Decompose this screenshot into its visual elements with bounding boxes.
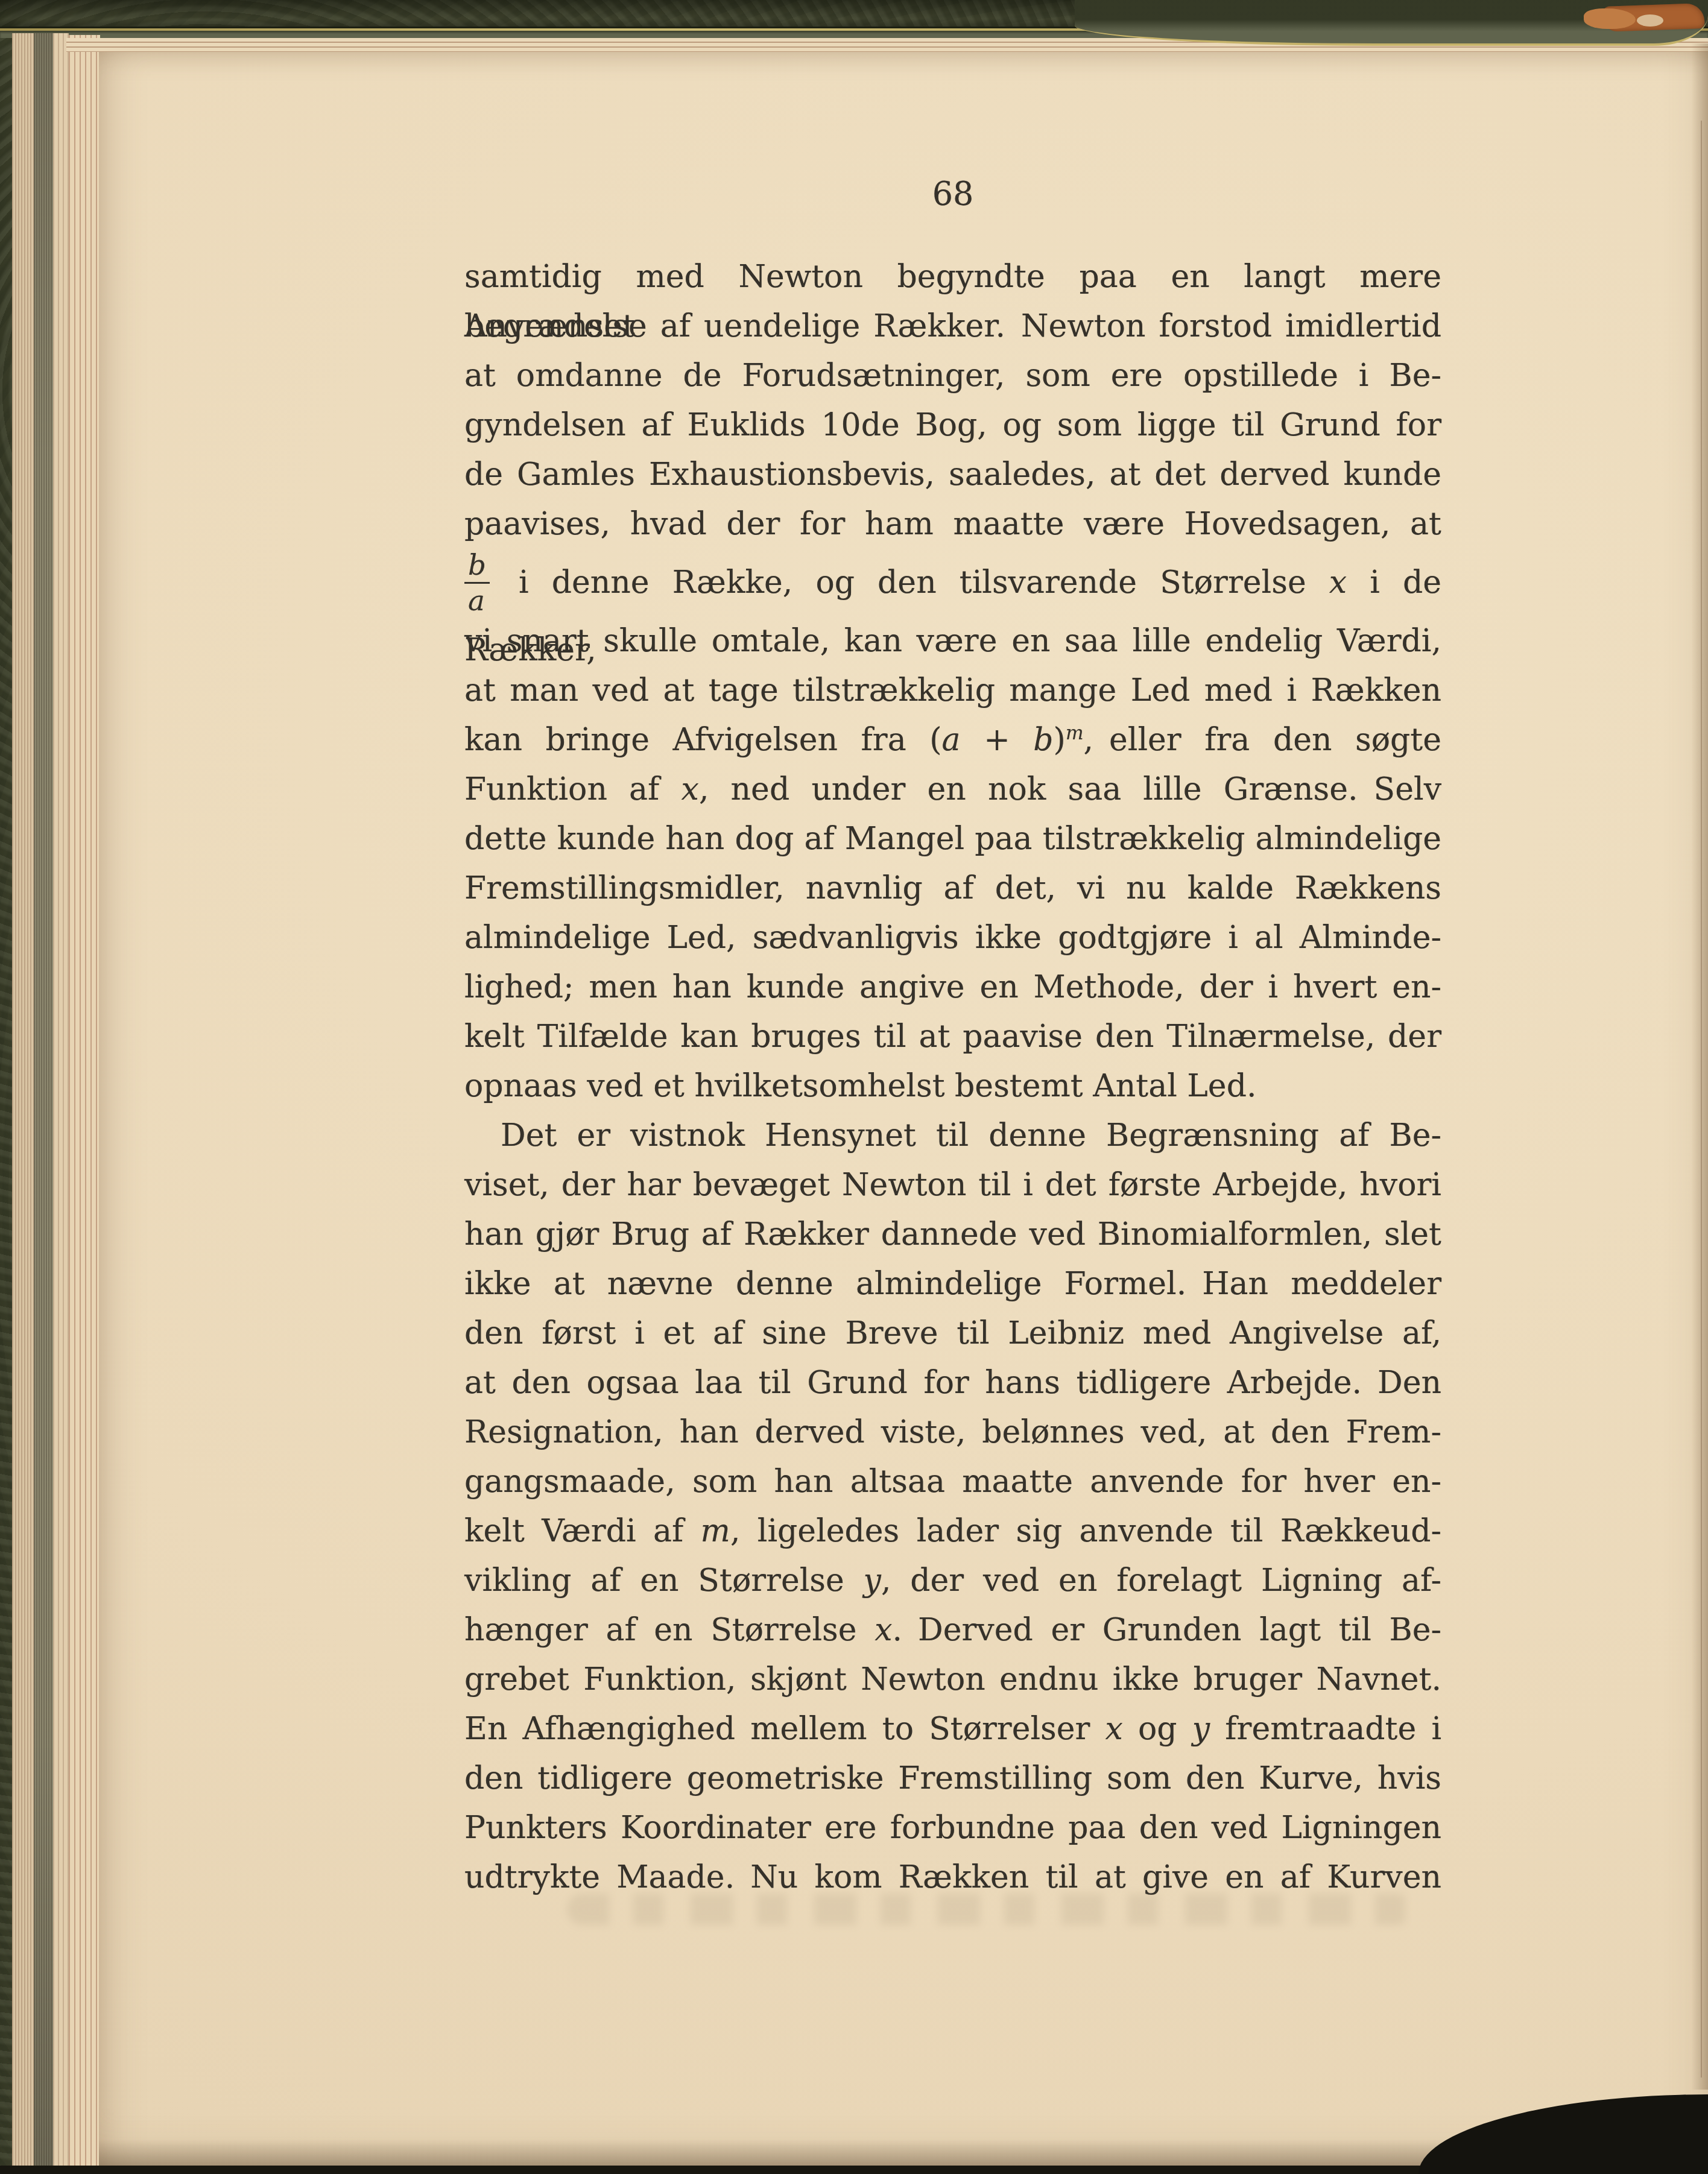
text-block: samtidig med Newton begyndte paa en lang…	[464, 252, 1441, 1902]
text-line: ba i denne Række, og den tilsvarende Stø…	[464, 549, 1441, 616]
page-right-shadow	[1691, 43, 1708, 2090]
book-photo: 68 samtidig med Newton begyndte paa en l…	[0, 0, 1708, 2174]
math-variable: m	[701, 1513, 730, 1549]
text-line: dette kunde han dog af Mangel paa tilstr…	[464, 814, 1441, 864]
text-line: den tidligere geometriske Fremstilling s…	[464, 1754, 1441, 1803]
page-fore-edge-stack	[12, 33, 34, 2167]
text-line: paavises, hvad der for ham maatte være H…	[464, 499, 1441, 549]
text-line: kan bringe Afvigelsen fra (a + b)m, elle…	[464, 715, 1441, 765]
text-line: de Gamles Exhaustionsbevis, saaledes, at…	[464, 450, 1441, 499]
text-line: Funktion af x, ned under en nok saa lill…	[464, 765, 1441, 814]
math-variable: x	[682, 771, 699, 807]
math-variable: y	[1192, 1711, 1210, 1747]
page-number: 68	[464, 175, 1441, 213]
text-line: kelt Værdi af m, ligeledes lader sig anv…	[464, 1506, 1441, 1556]
text-line: En Afhængighed mellem to Størrelser x og…	[464, 1704, 1441, 1754]
text-line: ikke at nævne denne almindelige Formel. …	[464, 1259, 1441, 1309]
text-line: at man ved at tage tilstrækkelig mange L…	[464, 666, 1441, 715]
fraction: ba	[464, 552, 490, 615]
text-line: Anvendelse af uendelige Rækker. Newton f…	[464, 302, 1441, 351]
text-line: viset, der har bevæget Newton til i det …	[464, 1160, 1441, 1210]
text-line: Fremstillingsmidler, navnlig af det, vi …	[464, 864, 1441, 913]
page-fore-edge-shadow-band	[34, 33, 53, 2167]
text-line: almindelige Led, sædvanligvis ikke godtg…	[464, 913, 1441, 962]
math-variable: a	[942, 722, 961, 758]
preceding-page-edge-lines	[69, 35, 100, 2167]
showthrough-ghost-text	[567, 1894, 1411, 1925]
page-fore-edge-stack-light	[53, 33, 69, 2167]
math-variable: x	[875, 1612, 892, 1648]
text-line: vi snart skulle omtale, kan være en saa …	[464, 616, 1441, 666]
text-line: gangsmaade, som han altsaa maatte anvend…	[464, 1457, 1441, 1506]
math-variable: y	[864, 1563, 881, 1599]
text-line: at omdanne de Forudsætninger, som ere op…	[464, 351, 1441, 400]
marbled-corner-spot	[1637, 14, 1663, 27]
text-line: lighed; men han kunde angive en Methode,…	[464, 962, 1441, 1012]
text-line: gyndelsen af Euklids 10de Bog, og som li…	[464, 400, 1441, 450]
marbled-corner-spot	[1584, 8, 1636, 29]
math-variable: x	[1105, 1711, 1123, 1747]
text-line: den først i et af sine Breve til Leibniz…	[464, 1309, 1441, 1358]
text-line: hænger af en Størrelse x. Derved er Grun…	[464, 1605, 1441, 1655]
page-right-edge-line	[1701, 121, 1702, 2078]
text-line: han gjør Brug af Rækker dannede ved Bino…	[464, 1210, 1441, 1259]
text-line: vikling af en Størrelse y, der ved en fo…	[464, 1556, 1441, 1605]
text-line: samtidig med Newton begyndte paa en lang…	[464, 252, 1441, 302]
text-line: kelt Tilfælde kan bruges til at paavise …	[464, 1012, 1441, 1061]
text-line: grebet Funktion, skjønt Newton endnu ikk…	[464, 1655, 1441, 1704]
text-line: Punkters Koordinater ere forbundne paa d…	[464, 1803, 1441, 1853]
math-variable: x	[1329, 564, 1347, 601]
text-line: opnaas ved et hvilketsomhelst bestemt An…	[464, 1061, 1441, 1111]
text-line: Resignation, han derved viste, belønnes …	[464, 1408, 1441, 1457]
text-line: Det er vistnok Hensynet til denne Begræn…	[464, 1111, 1441, 1160]
math-superscript: m	[1066, 722, 1084, 744]
text-line: at den ogsaa laa til Grund for hans tidl…	[464, 1358, 1441, 1408]
math-variable: b	[1033, 722, 1053, 758]
